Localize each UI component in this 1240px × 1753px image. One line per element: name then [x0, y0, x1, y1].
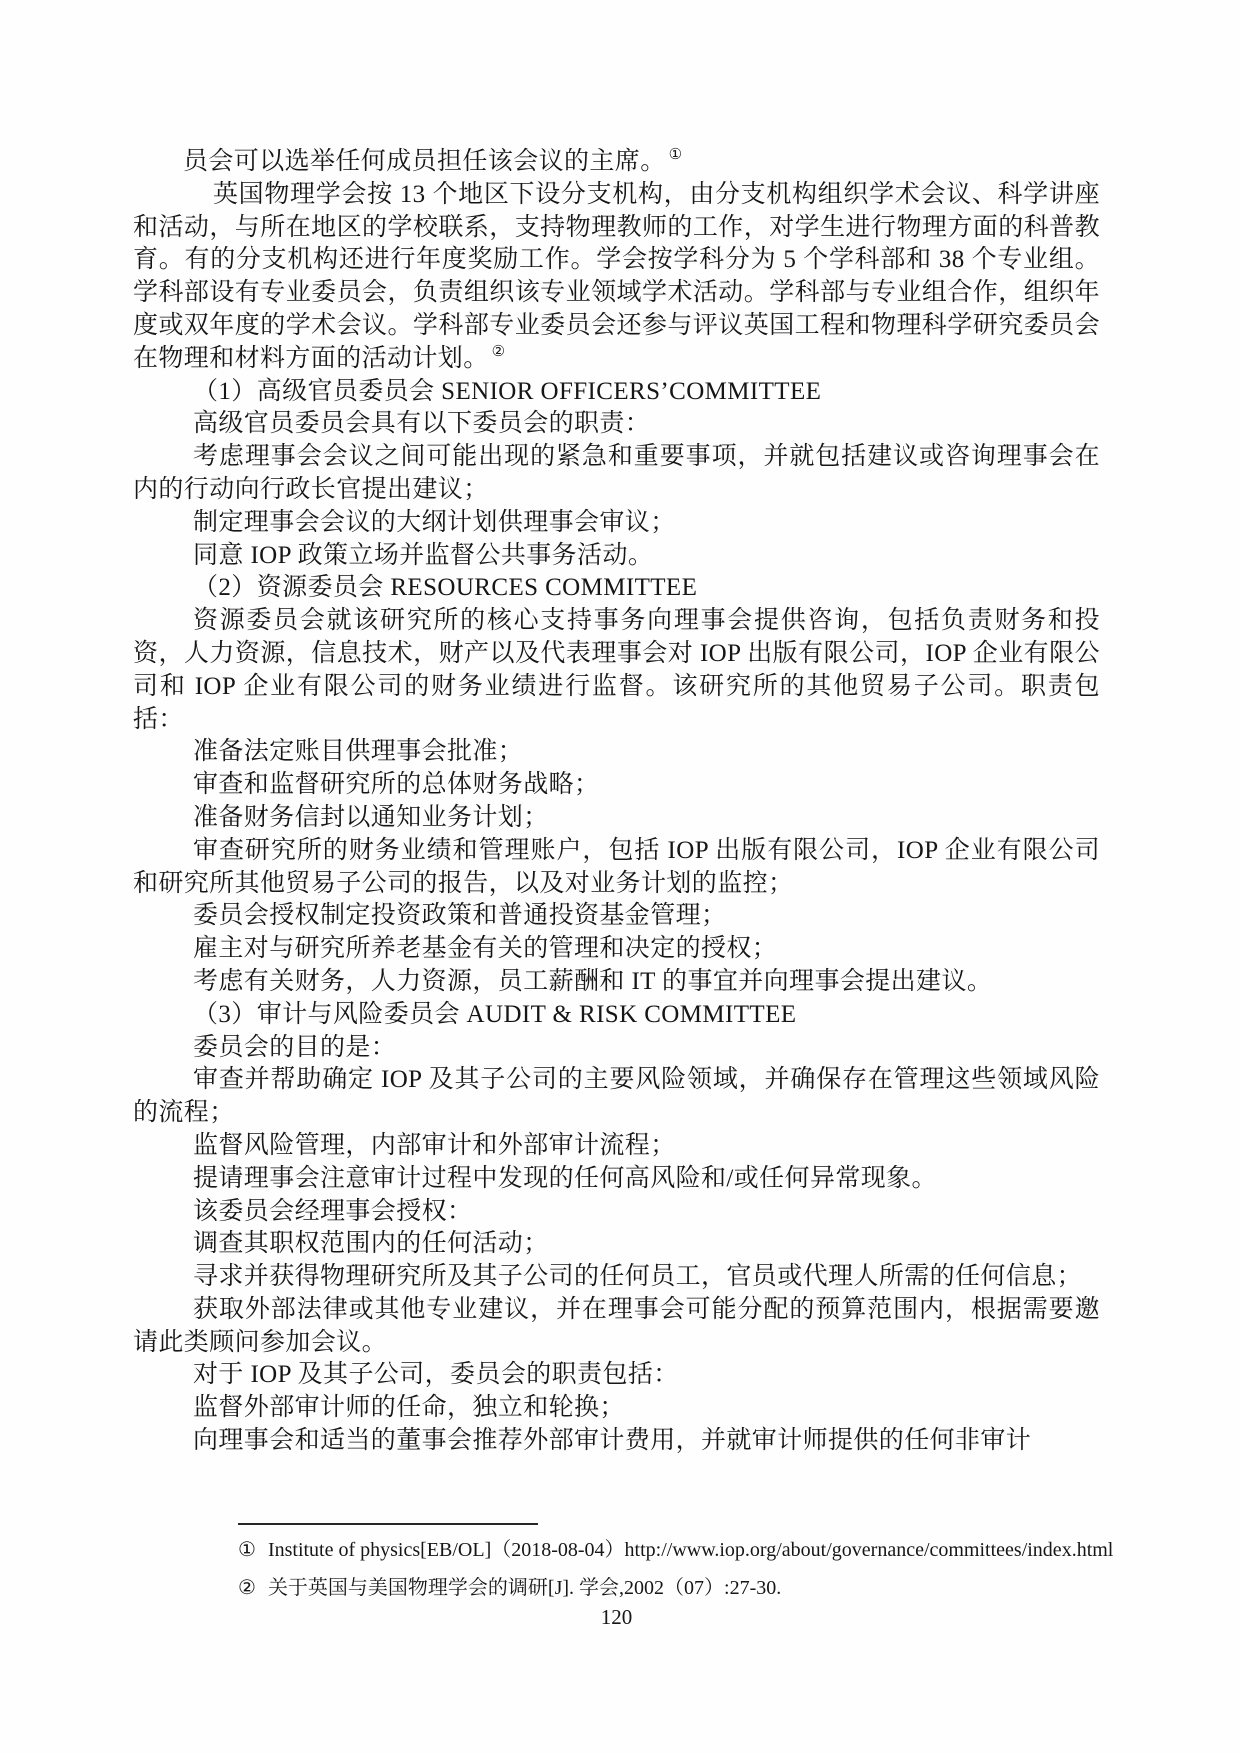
paragraph: 员会可以选举任何成员担任该会议的主席。① — [133, 146, 1100, 179]
footnote-ref-1: ① — [669, 147, 682, 163]
paragraph: 审查研究所的财务业绩和管理账户，包括 IOP 出版有限公司，IOP 企业有限公司… — [133, 835, 1100, 901]
paragraph-text: 英国物理学会按 13 个地区下设分支机构，由分支机构组织学术会议、科学讲座和活动… — [133, 181, 1100, 372]
paragraph: 审查并帮助确定 IOP 及其子公司的主要风险领域，并确保存在管理这些领域风险的流… — [133, 1064, 1100, 1130]
paragraph: 雇主对与研究所养老基金有关的管理和决定的授权； — [133, 933, 1100, 966]
paragraph: 获取外部法律或其他专业建议，并在理事会可能分配的预算范围内，根据需要邀请此类顾问… — [133, 1294, 1100, 1360]
document-page: 员会可以选举任何成员担任该会议的主席。① 英国物理学会按 13 个地区下设分支机… — [0, 0, 1240, 1753]
paragraph: 寻求并获得物理研究所及其子公司的任何员工，官员或代理人所需的任何信息； — [133, 1261, 1100, 1294]
section-heading-2: （2）资源委员会 RESOURCES COMMITTEE — [133, 572, 1100, 605]
footnote-area: ①Institute of physics[EB/OL]（2018-08-04）… — [238, 1523, 1083, 1607]
paragraph: 该委员会经理事会授权： — [133, 1196, 1100, 1229]
section-heading-1: （1）高级官员委员会 SENIOR OFFICERS’COMMITTEE — [133, 376, 1100, 409]
page-number: 120 — [133, 1602, 1100, 1632]
footnote-marker-1: ① — [238, 1531, 256, 1569]
body-text: 员会可以选举任何成员担任该会议的主席。① 英国物理学会按 13 个地区下设分支机… — [133, 146, 1100, 1458]
paragraph: 准备财务信封以通知业务计划； — [133, 802, 1100, 835]
paragraph: 委员会的目的是： — [133, 1032, 1100, 1065]
paragraph: 考虑理事会会议之间可能出现的紧急和重要事项，并就包括建议或咨询理事会在内的行动向… — [133, 441, 1100, 507]
footnote-separator — [238, 1523, 538, 1525]
paragraph: 英国物理学会按 13 个地区下设分支机构，由分支机构组织学术会议、科学讲座和活动… — [133, 179, 1100, 376]
footnote-text-1: Institute of physics[EB/OL]（2018-08-04）h… — [268, 1539, 1113, 1561]
paragraph: 监督风险管理，内部审计和外部审计流程； — [133, 1130, 1100, 1163]
paragraph: 监督外部审计师的任命，独立和轮换； — [133, 1392, 1100, 1425]
paragraph: 委员会授权制定投资政策和普通投资基金管理； — [133, 900, 1100, 933]
paragraph: 对于 IOP 及其子公司，委员会的职责包括： — [133, 1359, 1100, 1392]
paragraph: 高级官员委员会具有以下委员会的职责： — [133, 408, 1100, 441]
paragraph: 向理事会和适当的董事会推荐外部审计费用，并就审计师提供的任何非审计 — [133, 1425, 1100, 1458]
paragraph: 资源委员会就该研究所的核心支持事务向理事会提供咨询，包括负责财务和投资，人力资源… — [133, 605, 1100, 736]
paragraph: 准备法定账目供理事会批准； — [133, 736, 1100, 769]
footnote-1: ①Institute of physics[EB/OL]（2018-08-04）… — [238, 1531, 1083, 1569]
paragraph: 提请理事会注意审计过程中发现的任何高风险和/或任何异常现象。 — [133, 1163, 1100, 1196]
paragraph: 审查和监督研究所的总体财务战略； — [133, 769, 1100, 802]
paragraph: 考虑有关财务，人力资源，员工薪酬和 IT 的事宜并向理事会提出建议。 — [133, 966, 1100, 999]
paragraph: 制定理事会会议的大纲计划供理事会审议； — [133, 507, 1100, 540]
footnote-text-2: 关于英国与美国物理学会的调研[J]. 学会,2002（07）:27-30. — [268, 1577, 781, 1599]
paragraph: 同意 IOP 政策立场并监督公共事务活动。 — [133, 540, 1100, 573]
section-heading-3: （3）审计与风险委员会 AUDIT & RISK COMMITTEE — [133, 999, 1100, 1032]
footnote-ref-2: ② — [492, 344, 505, 360]
paragraph: 调查其职权范围内的任何活动； — [133, 1228, 1100, 1261]
paragraph-text: 员会可以选举任何成员担任该会议的主席。 — [183, 148, 666, 175]
